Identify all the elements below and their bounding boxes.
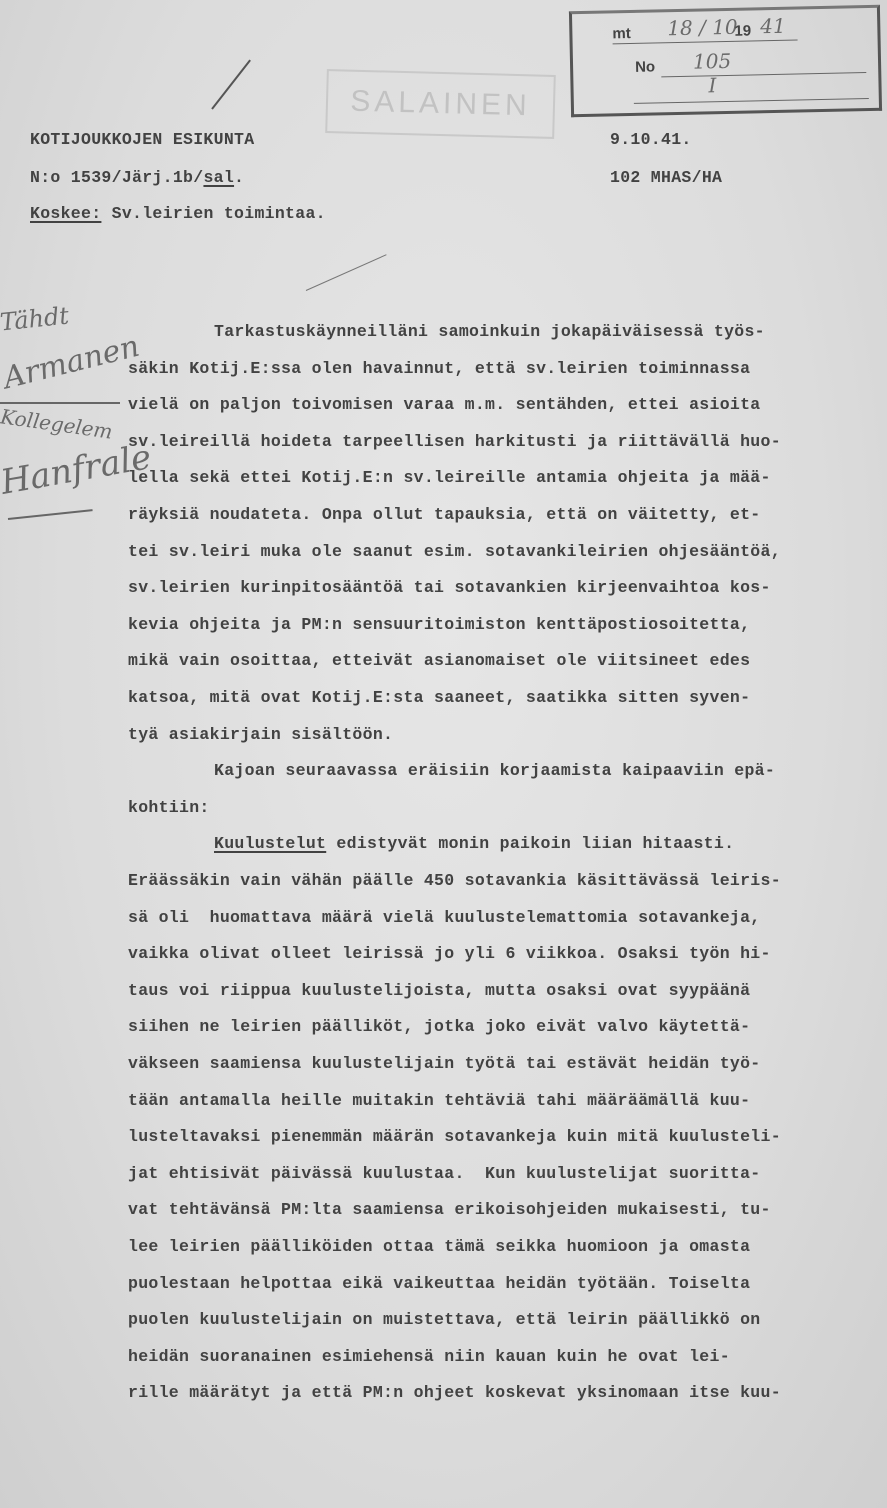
body-line: vielä on paljon toivomisen varaa m.m. se… [128, 395, 761, 414]
body-line: lella sekä ettei Kotij.E:n sv.leireille … [128, 468, 771, 487]
body-line: sv.leireillä hoideta tarpeellisen harkit… [128, 432, 781, 451]
body-line: rille määrätyt ja että PM:n ohjeet koske… [128, 1383, 781, 1402]
body-line: räyksiä noudateta. Onpa ollut tapauksia,… [128, 505, 761, 524]
margin-note: Armanen [0, 329, 143, 397]
stamp-year: 41 [760, 14, 786, 39]
margin-note: Tähdt [0, 301, 70, 336]
body-line: Tarkastuskäynneilläni samoinkuin jokapäi… [214, 322, 765, 341]
body-line: Eräässäkin vain vähän päälle 450 sotavan… [128, 871, 781, 890]
document-page: mt 18 / 10 19 41 No 105 I SALAINEN KOTIJ… [0, 0, 887, 1508]
body-line: vat tehtävänsä PM:lta saamiensa erikoiso… [128, 1200, 771, 1219]
body-line: väkseen saamiensa kuulustelijain työtä t… [128, 1054, 761, 1073]
body-line: kohtiin: [128, 798, 210, 817]
organization-name: KOTIJOUKKOJEN ESIKUNTA [30, 130, 254, 149]
margin-note: Kollegelem [0, 404, 114, 443]
stamp-date-prefix: mt [612, 25, 631, 42]
receipt-stamp: mt 18 / 10 19 41 No 105 I [569, 5, 882, 117]
body-line: katsoa, mitä ovat Kotij.E:sta saaneet, s… [128, 688, 750, 707]
body-line: puolen kuulustelijain on muistettava, et… [128, 1310, 761, 1329]
body-line: lusteltavaksi pienemmän määrän sotavanke… [128, 1127, 781, 1146]
body-line: taus voi riippua kuulustelijoista, mutta… [128, 981, 750, 1000]
pen-mark [211, 60, 251, 110]
pen-mark [306, 254, 387, 291]
body-line: sä oli huomattava määrä vielä kuulustele… [128, 908, 761, 927]
body-line: tään antamalla heille muitakin tehtäviä … [128, 1091, 750, 1110]
body-line: heidän suoranainen esimiehensä niin kaua… [128, 1347, 730, 1366]
classification-stamp: SALAINEN [325, 69, 556, 139]
body-line: mikä vain osoittaa, etteivät asianomaise… [128, 651, 750, 670]
body-line: puolestaan helpottaa eikä vaikeuttaa hei… [128, 1274, 750, 1293]
stamp-number-label: No [635, 58, 655, 75]
body-line: sv.leirien kurinpitosääntöä tai sotavank… [128, 578, 771, 597]
body-line: säkin Kotij.E:ssa olen havainnut, että s… [128, 359, 750, 378]
body-line: jat ehtisivät päivässä kuulustaa. Kun ku… [128, 1164, 761, 1183]
body-line: siihen ne leirien päälliköt, jotka joko … [128, 1017, 750, 1036]
stamp-date: 18 / 10 [667, 15, 738, 40]
body-line: tyä asiakirjain sisältöön. [128, 725, 393, 744]
body-line: lee leirien päälliköiden ottaa tämä seik… [128, 1237, 750, 1256]
reference-number: N:o 1539/Järj.1b/sal. [30, 168, 244, 187]
stamp-year-prefix: 19 [734, 22, 751, 39]
recipient-code: 102 MHAS/HA [610, 168, 722, 187]
body-line: tei sv.leiri muka ole saanut esim. sotav… [128, 542, 781, 561]
body-line: vaikka olivat olleet leirissä jo yli 6 v… [128, 944, 771, 963]
body-line: Kajoan seuraavassa eräisiin korjaamista … [214, 761, 775, 780]
body-line: Kuulustelut edistyvät monin paikoin liia… [214, 834, 734, 853]
stamp-number: 105 [693, 49, 732, 74]
subject-line: Koskee: Sv.leirien toimintaa. [30, 204, 326, 223]
document-date: 9.10.41. [610, 130, 692, 149]
stamp-third-line: I [708, 73, 716, 97]
body-line: kevia ohjeita ja PM:n sensuuritoimiston … [128, 615, 750, 634]
